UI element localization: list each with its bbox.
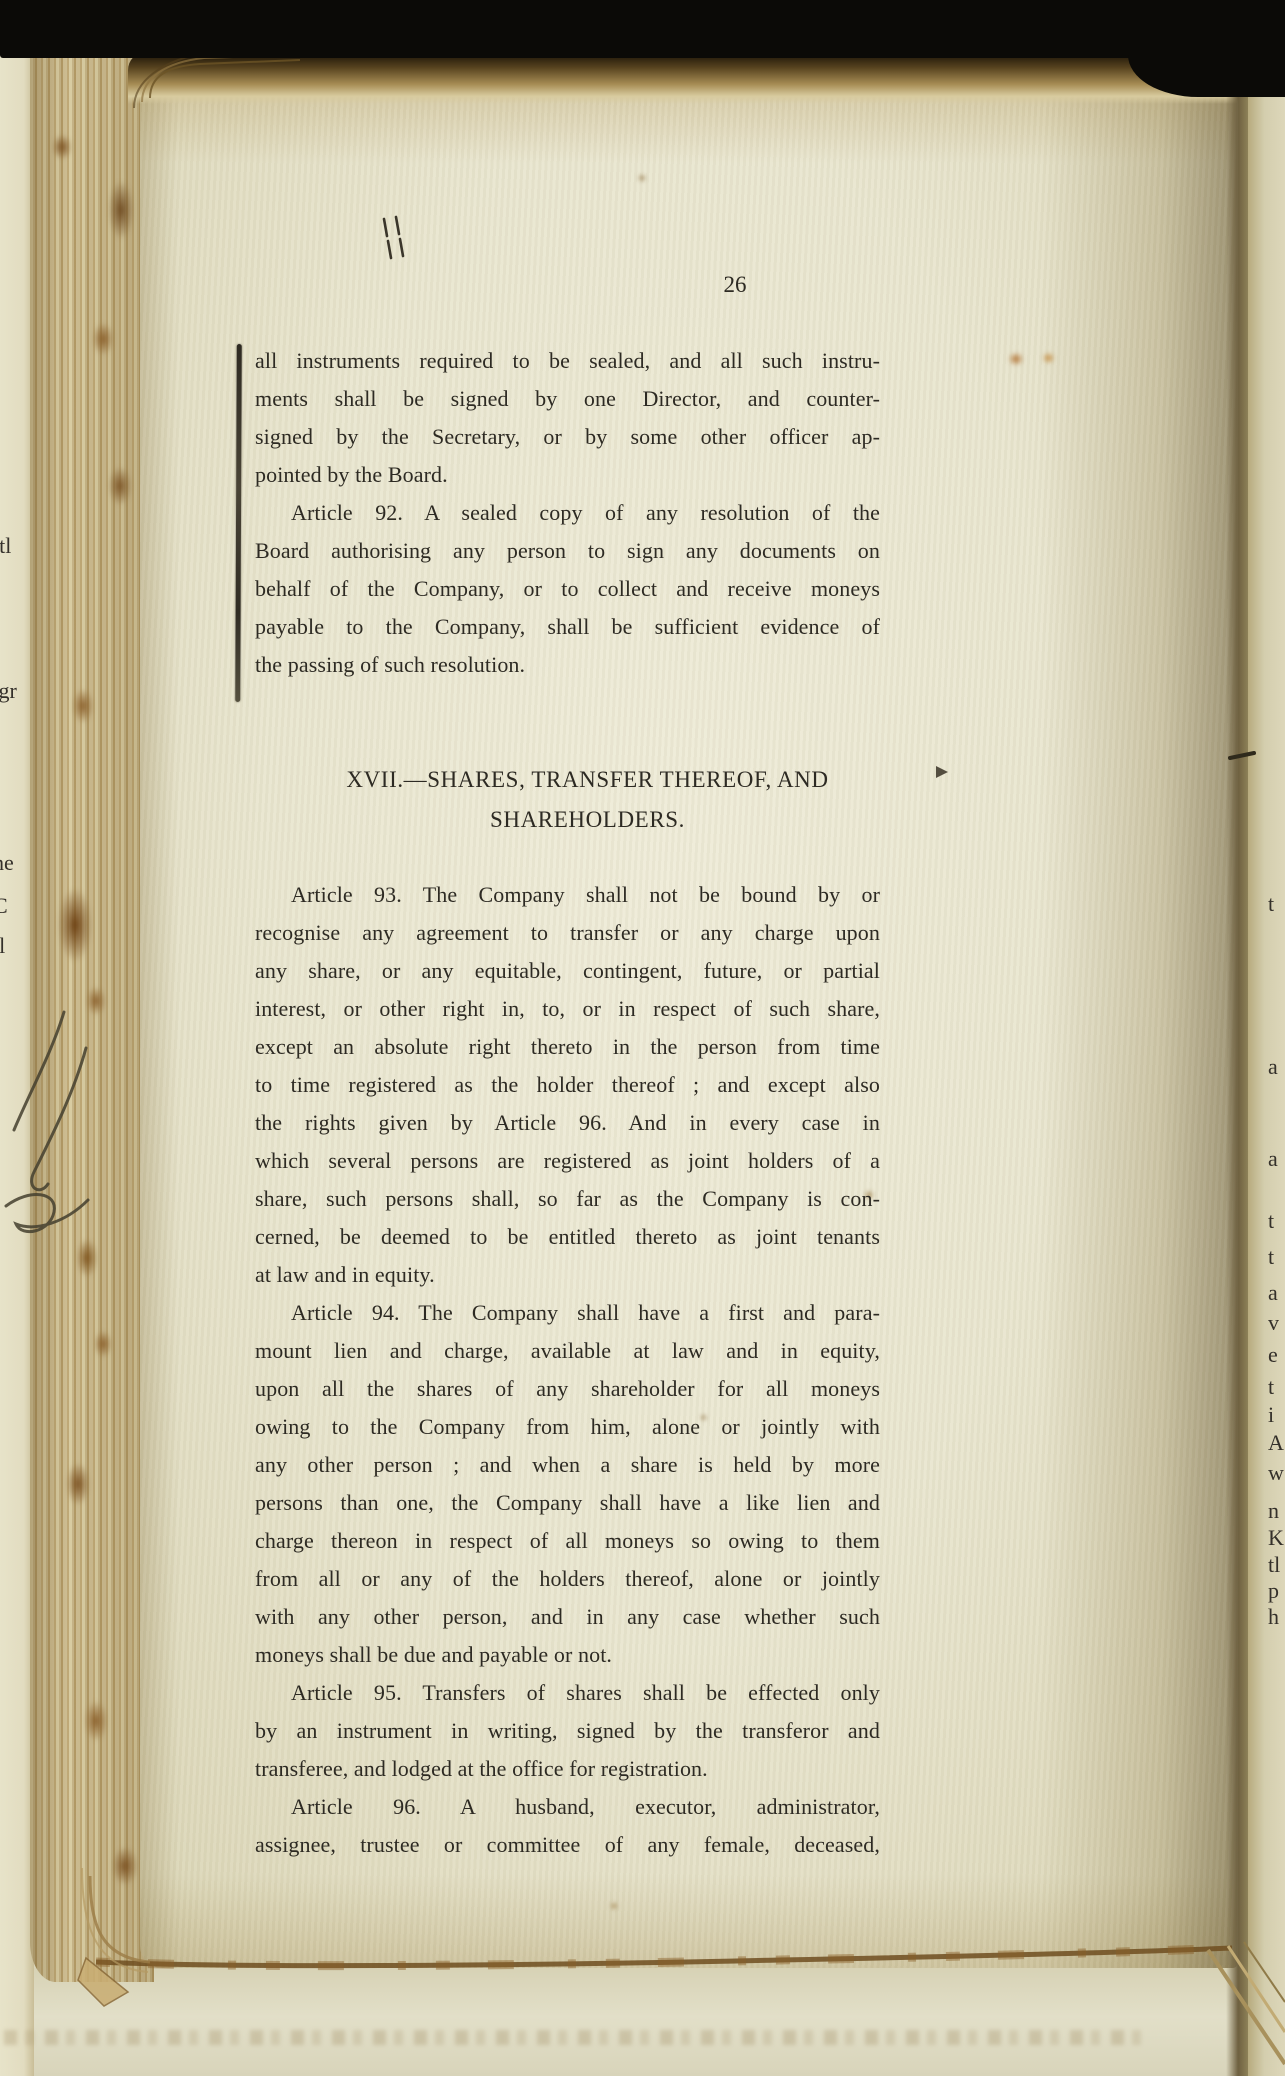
text-line: share, such persons shall, so far as the… (255, 1180, 880, 1218)
right-margin-fragment: t (1268, 1246, 1274, 1268)
text-block: all instruments required to be sealed, a… (255, 342, 880, 1864)
foxing-spot (58, 888, 92, 962)
page-number: 26 (700, 272, 770, 298)
gutter-shadow (1226, 58, 1248, 2076)
text-line: Article 93. The Company shall not be bou… (255, 876, 880, 914)
text-line: any other person ; and when a share is h… (255, 1446, 880, 1484)
text-line: the passing of such resolution. (255, 646, 880, 684)
text-line: to time registered as the holder thereof… (255, 1066, 880, 1104)
foxing-spot (86, 986, 106, 1016)
right-margin-fragment: A (1268, 1432, 1284, 1454)
facing-page-strip (1248, 92, 1285, 2076)
stain-spot (1042, 352, 1055, 364)
right-margin-fragment: tl (1268, 1554, 1280, 1576)
text-line: owing to the Company from him, alone or … (255, 1408, 880, 1446)
text-line: moneys shall be due and payable or not. (255, 1636, 880, 1674)
foxing-spot (84, 1700, 108, 1742)
underlying-page-sliver (0, 54, 34, 2076)
text-line: Article 96. A husband, executor, adminis… (255, 1788, 880, 1826)
page-top-rim (128, 52, 1285, 104)
text-line: transferee, and lodged at the office for… (255, 1750, 880, 1788)
paper-speck (610, 1902, 618, 1910)
right-margin-fragment: w (1268, 1462, 1284, 1484)
foxing-spot (76, 1238, 98, 1278)
left-margin-fragment: C (0, 895, 8, 917)
ghost-text-showthrough (4, 2030, 1144, 2045)
text-line: from all or any of the holders thereof, … (255, 1560, 880, 1598)
right-margin-fragment: a (1268, 1056, 1278, 1078)
paragraphs-after-heading: Article 93. The Company shall not be bou… (255, 876, 880, 1864)
right-margin-fragment: v (1268, 1312, 1279, 1334)
right-margin-fragment: t (1268, 1210, 1274, 1232)
foxing-spot (108, 466, 132, 506)
section-heading-line2: SHAREHOLDERS. (295, 800, 880, 840)
left-margin-fragment: he (0, 852, 14, 874)
black-background (0, 0, 1285, 58)
left-margin-fragment: ltl (0, 535, 11, 557)
right-margin-fragment: t (1268, 893, 1274, 915)
text-line: mount lien and charge, available at law … (255, 1332, 880, 1370)
section-heading: XVII.—SHARES, TRANSFER THEREOF, AND SHAR… (255, 760, 880, 840)
text-line: any share, or any equitable, contingent,… (255, 952, 880, 990)
black-background-wedge (1128, 0, 1285, 97)
right-margin-fragment: K (1268, 1527, 1284, 1549)
text-line: which several persons are registered as … (255, 1142, 880, 1180)
section-heading-line1: XVII.—SHARES, TRANSFER THEREOF, AND (295, 760, 880, 800)
right-margin-fragment: p (1268, 1580, 1279, 1602)
foxing-spot (112, 1846, 138, 1886)
left-margin-fragment: .gr (0, 680, 17, 702)
text-line: with any other person, and in any case w… (255, 1598, 880, 1636)
foxing-spot (72, 688, 94, 724)
right-margin-fragment: a (1268, 1148, 1278, 1170)
text-line: all instruments required to be sealed, a… (255, 342, 880, 380)
foxing-spot (94, 1330, 112, 1358)
text-line: pointed by the Board. (255, 456, 880, 494)
text-line: except an absolute right thereto in the … (255, 1028, 880, 1066)
book-scan-photo: { "document": { "page_number": "26", "he… (0, 0, 1285, 2076)
text-line: upon all the shares of any shareholder f… (255, 1370, 880, 1408)
text-line: the rights given by Article 96. And in e… (255, 1104, 880, 1142)
paper-speck (638, 174, 646, 182)
text-line: payable to the Company, shall be suffici… (255, 608, 880, 646)
text-line: signed by the Secretary, or by some othe… (255, 418, 880, 456)
lower-pages-area (0, 1968, 1285, 2076)
right-margin-fragment: e (1268, 1344, 1278, 1366)
text-line: recognise any agreement to transfer or a… (255, 914, 880, 952)
right-margin-fragment: n (1268, 1500, 1279, 1522)
foxing-spot (66, 1462, 90, 1506)
text-line: cerned, be deemed to be entitled thereto… (255, 1218, 880, 1256)
text-line: persons than one, the Company shall have… (255, 1484, 880, 1522)
foxing-spot (92, 322, 114, 356)
page-edge-stack (30, 58, 154, 1982)
text-line: by an instrument in writing, signed by t… (255, 1712, 880, 1750)
foxing-spot (52, 134, 72, 160)
text-line: charge thereon in respect of all moneys … (255, 1522, 880, 1560)
right-margin-fragment: i (1268, 1404, 1274, 1426)
text-line: Article 95. Transfers of shares shall be… (255, 1674, 880, 1712)
text-line: ments shall be signed by one Director, a… (255, 380, 880, 418)
text-line: at law and in equity. (255, 1256, 880, 1294)
right-margin-fragment: h (1268, 1606, 1279, 1628)
right-margin-fragment: t (1268, 1376, 1274, 1398)
text-line: assignee, trustee or committee of any fe… (255, 1826, 880, 1864)
stain-spot (1008, 352, 1024, 366)
text-line: behalf of the Company, or to collect and… (255, 570, 880, 608)
text-line: Article 92. A sealed copy of any resolut… (255, 494, 880, 532)
left-margin-fragment: tl (0, 935, 5, 957)
right-margin-fragment: a (1268, 1282, 1278, 1304)
text-line: interest, or other right in, to, or in r… (255, 990, 880, 1028)
text-line: Article 94. The Company shall have a fir… (255, 1294, 880, 1332)
paragraphs-before-heading: all instruments required to be sealed, a… (255, 342, 880, 684)
text-line: Board authorising any person to sign any… (255, 532, 880, 570)
foxing-spot (108, 180, 134, 240)
